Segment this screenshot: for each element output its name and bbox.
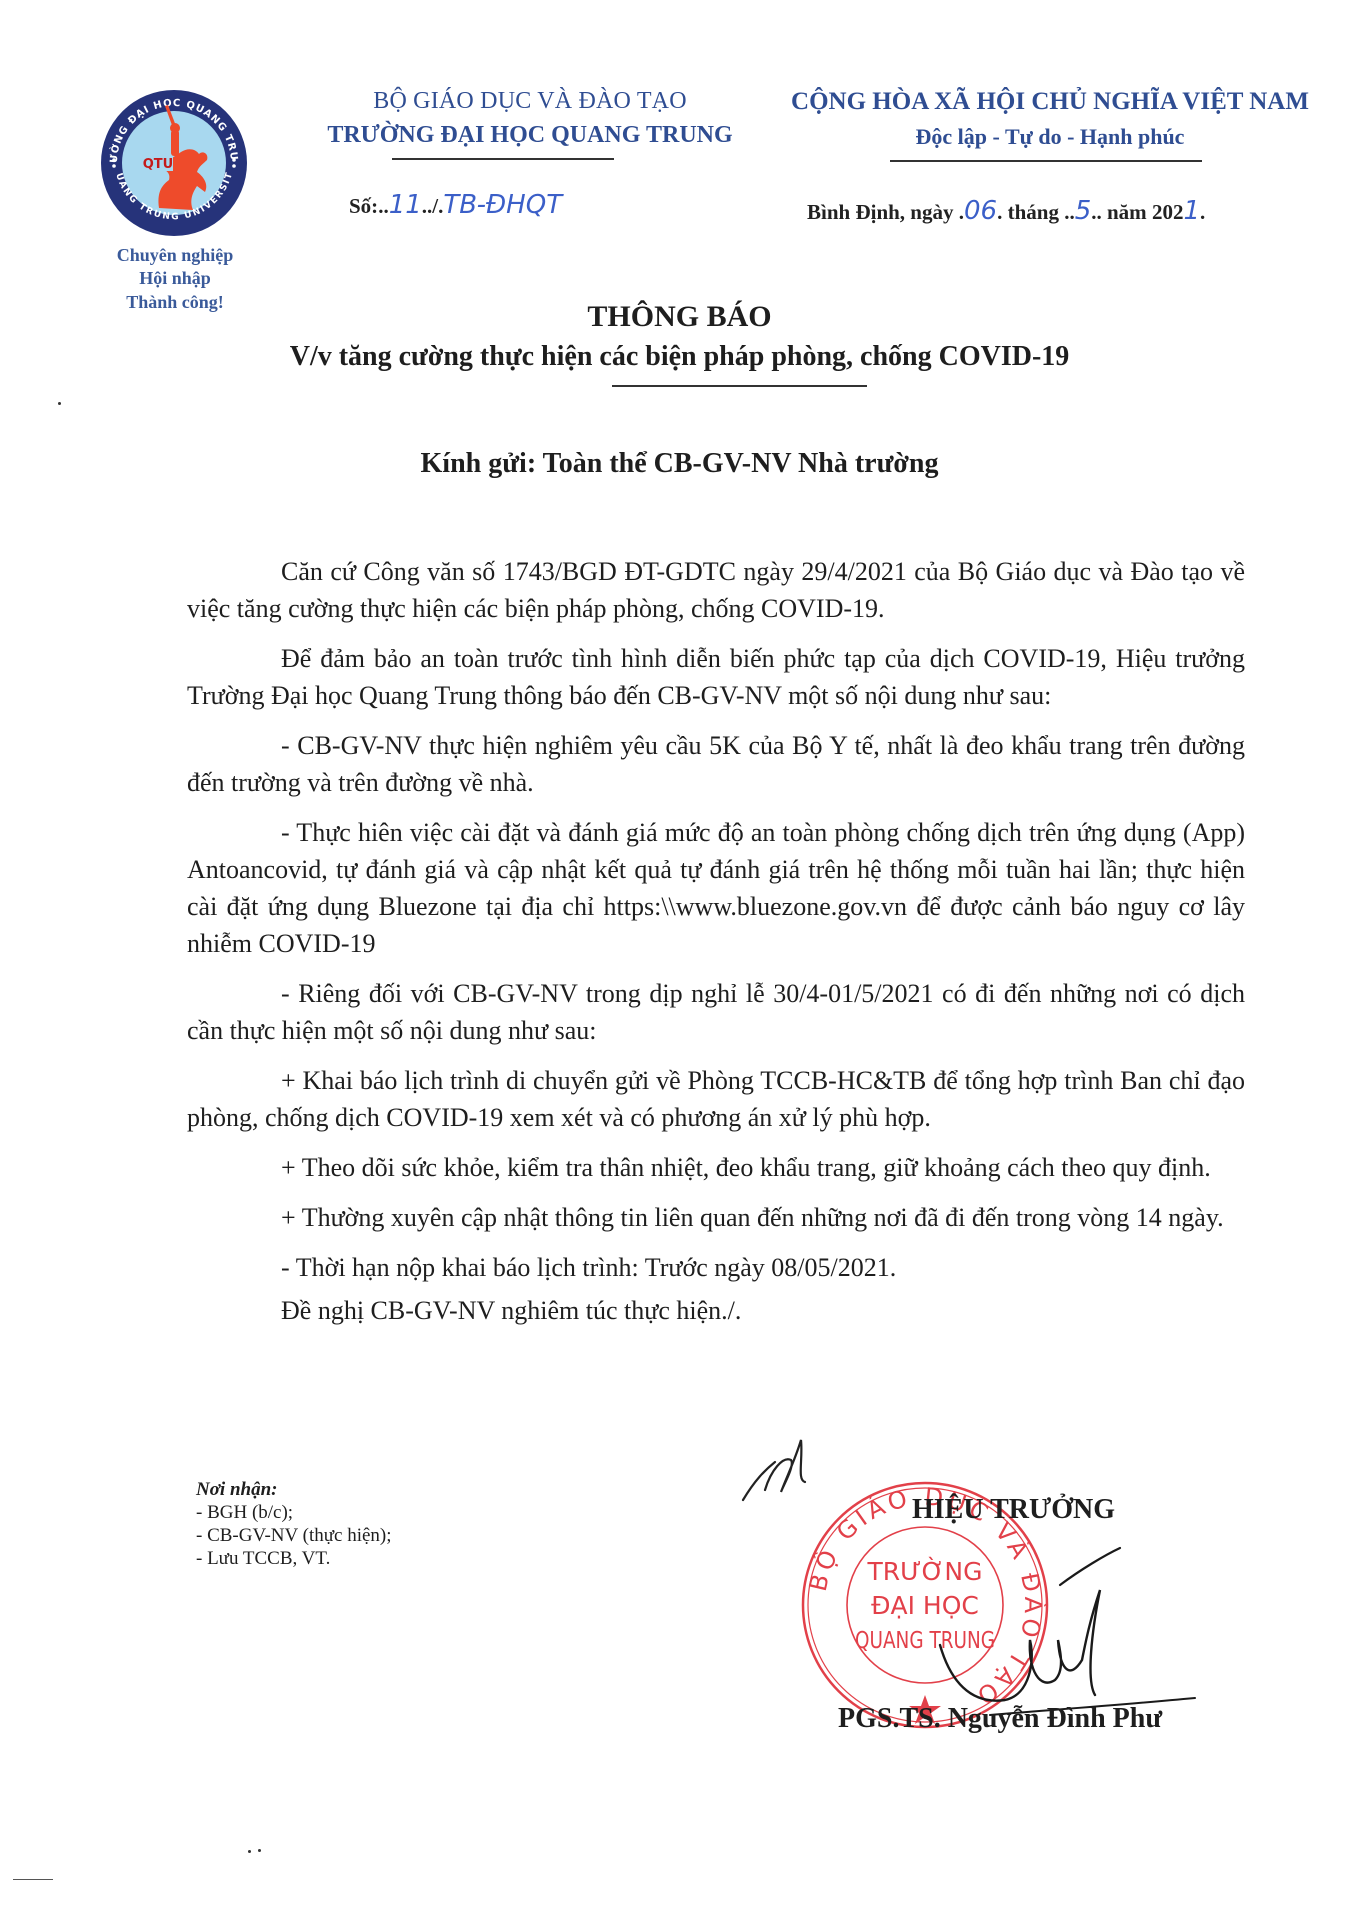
- scan-speck: [58, 402, 61, 405]
- motto-line-2: Hội nhập: [80, 268, 270, 289]
- date-year-label: năm: [1107, 200, 1147, 224]
- recipient-item: - Lưu TCCB, VT.: [196, 1547, 392, 1570]
- paragraph-apps: - Thực hiên việc cài đặt và đánh giá mức…: [187, 814, 1245, 962]
- republic-heading: CỘNG HÒA XÃ HỘI CHỦ NGHĨA VIỆT NAM: [770, 88, 1330, 116]
- date-year-handwritten: 1: [1183, 196, 1200, 226]
- paragraph-legal-basis: Căn cứ Công văn số 1743/BGD ĐT-GDTC ngày…: [187, 553, 1245, 627]
- header-right-divider: [890, 160, 1202, 162]
- ministry-name: BỘ GIÁO DỤC VÀ ĐÀO TẠO: [300, 88, 760, 115]
- document-subject: V/v tăng cường thực hiện các biện pháp p…: [0, 341, 1359, 373]
- paragraph-5k: - CB-GV-NV thực hiện nghiêm yêu cầu 5K c…: [187, 727, 1245, 801]
- recipient-item: - CB-GV-NV (thực hiện);: [196, 1524, 392, 1547]
- scan-edge-mark: [13, 1879, 53, 1880]
- doc-type-handwritten: TB: [443, 190, 476, 220]
- national-motto: Độc lập - Tự do - Hạnh phúc: [770, 124, 1330, 150]
- paragraph-update-info: + Thường xuyên cập nhật thông tin liên q…: [187, 1199, 1245, 1236]
- document-number: Số:..11../.TB-ĐHQT: [349, 190, 562, 220]
- scan-speck: [248, 1850, 251, 1853]
- date-place: Bình Định, ngày: [807, 200, 954, 224]
- document-body: Căn cứ Công văn số 1743/BGD ĐT-GDTC ngày…: [187, 553, 1245, 1342]
- motto-line-1: Chuyên nghiệp: [80, 245, 270, 266]
- logo-badge: QTU: [143, 157, 173, 172]
- date-day-handwritten: 06: [964, 196, 997, 226]
- doc-issuer-handwritten: ĐHQT: [486, 190, 562, 220]
- signatory-name: PGS.TS. Nguyễn Đình Phư: [838, 1703, 1162, 1735]
- paragraph-intro: Để đảm bảo an toàn trước tình hình diễn …: [187, 640, 1245, 714]
- date-month-handwritten: 5: [1075, 196, 1092, 226]
- doc-number-label: Số:: [349, 194, 378, 218]
- school-name: TRƯỜNG ĐẠI HỌC QUANG TRUNG: [300, 122, 760, 149]
- recipient-item: - BGH (b/c);: [196, 1501, 392, 1524]
- document-date: Bình Định, ngày .06. tháng ..5.. năm 202…: [807, 196, 1205, 226]
- recipients-list: Nơi nhận: - BGH (b/c); - CB-GV-NV (thực …: [196, 1478, 392, 1570]
- scan-speck: [258, 1849, 261, 1852]
- university-logo: TRƯỜNG ĐẠI HỌC QUANG TRUNG QUANG TRUNG U…: [99, 88, 249, 238]
- date-year-prefix: 202: [1152, 200, 1184, 224]
- date-month-label: tháng: [1008, 200, 1059, 224]
- title-divider: [612, 385, 867, 387]
- paragraph-health-monitoring: + Theo dõi sức khỏe, kiểm tra thân nhiệt…: [187, 1149, 1245, 1186]
- paragraph-declare-itinerary: + Khai báo lịch trình di chuyển gửi về P…: [187, 1062, 1245, 1136]
- document-title: THÔNG BÁO: [0, 300, 1359, 334]
- header-left-divider: [392, 158, 614, 160]
- paragraph-holiday: - Riêng đối với CB-GV-NV trong dịp nghỉ …: [187, 975, 1245, 1049]
- signatory-position: HIỆU TRƯỞNG: [912, 1494, 1115, 1526]
- recipients-heading: Nơi nhận:: [196, 1478, 392, 1501]
- paragraph-request: Đề nghị CB-GV-NV nghiêm túc thực hiện./.: [187, 1292, 1245, 1329]
- signature-icon: [910, 1530, 1200, 1730]
- doc-number-handwritten: 11: [389, 190, 422, 220]
- salutation: Kính gửi: Toàn thể CB-GV-NV Nhà trường: [0, 448, 1359, 480]
- paragraph-deadline: - Thời hạn nộp khai báo lịch trình: Trướ…: [187, 1249, 1245, 1286]
